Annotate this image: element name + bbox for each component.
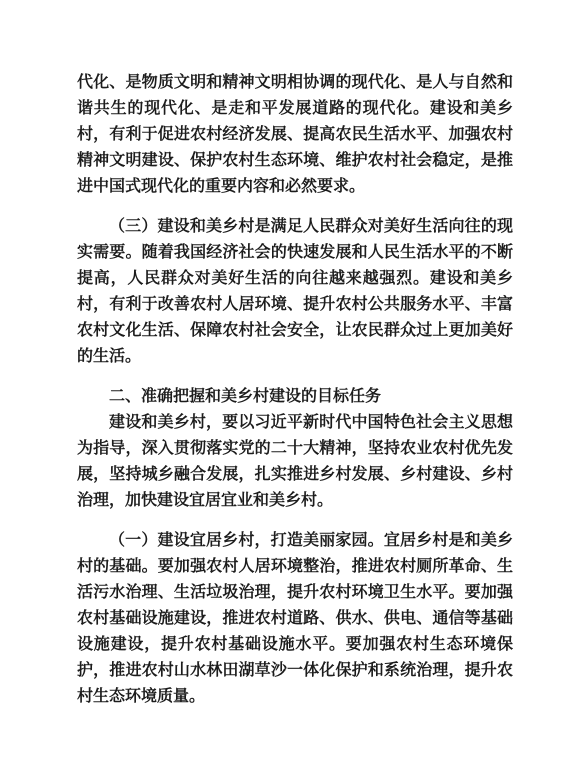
paragraph-modernization-continuation: 代化、是物质文明和精神文明相协调的现代化、是人与自然和谐共生的现代化、是走和平发… (77, 70, 513, 200)
document-page: 代化、是物质文明和精神文明相协调的现代化、是人与自然和谐共生的现代化、是走和平发… (0, 0, 586, 759)
paragraph-point-three-peoples-aspiration: （三）建设和美乡村是满足人民群众对美好生活向往的现实需要。随着我国经济社会的快速… (77, 214, 513, 370)
paragraph-point-one-livable-villages: （一）建设宜居乡村，打造美丽家园。宜居乡村是和美乡村的基础。要加强农村人居环境整… (77, 528, 513, 710)
paragraph-guiding-principles: 建设和美乡村，要以习近平新时代中国特色社会主义思想为指导，深入贯彻落实党的二十大… (77, 410, 513, 514)
document-text-block: 代化、是物质文明和精神文明相协调的现代化、是人与自然和谐共生的现代化、是走和平发… (77, 70, 513, 724)
section-heading-two-goals-and-tasks: 二、准确把握和美乡村建设的目标任务 (77, 384, 513, 410)
